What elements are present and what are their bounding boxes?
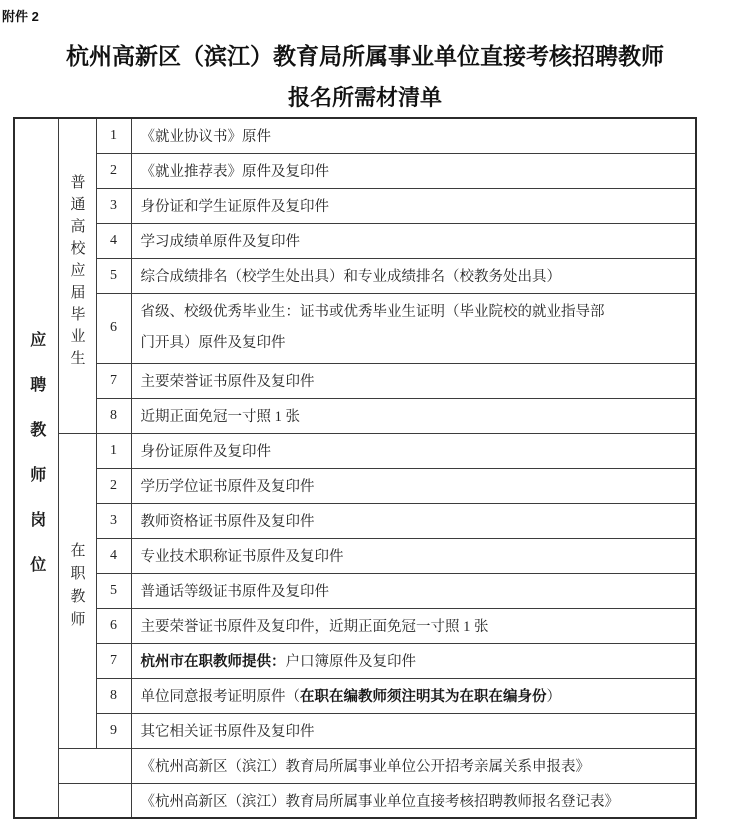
table-row: 《杭州高新区（滨江）教育局所属事业单位公开招考亲属关系申报表》 <box>14 748 696 783</box>
table-row: 5 普通话等级证书原件及复印件 <box>14 573 696 608</box>
empty-cell <box>58 748 131 783</box>
item-text: 教师资格证书原件及复印件 <box>131 503 696 538</box>
row-header-applicant-post: 应聘教师岗位 <box>14 118 58 818</box>
item-text: 近期正面免冠一寸照 1 张 <box>131 398 696 433</box>
item-text: 学习成绩单原件及复印件 <box>131 223 696 258</box>
item-number: 9 <box>96 713 131 748</box>
table-row: 8 近期正面免冠一寸照 1 张 <box>14 398 696 433</box>
footer-form-registration: 《杭州高新区（滨江）教育局所属事业单位直接考核招聘教师报名登记表》 <box>131 783 696 818</box>
table-row: 应聘教师岗位 普通高校应届毕业生 1 《就业协议书》原件 <box>14 118 696 153</box>
item-text-bold: 杭州市在职教师提供： <box>141 654 286 670</box>
page-title: 杭州高新区（滨江）教育局所属事业单位直接考核招聘教师 <box>0 38 730 71</box>
document-page: { "page": { "attachment_label": "附件 2", … <box>0 0 730 840</box>
item-number: 4 <box>96 223 131 258</box>
table-row: 在职教师 1 身份证原件及复印件 <box>14 433 696 468</box>
item-text-bold: 在职在编教师须注明其为在职在编身份 <box>300 689 547 705</box>
item-text: 专业技术职称证书原件及复印件 <box>131 538 696 573</box>
table-row: 4 学习成绩单原件及复印件 <box>14 223 696 258</box>
item-text: 身份证和学生证原件及复印件 <box>131 188 696 223</box>
table-row: 5 综合成绩排名（校学生处出具）和专业成绩排名（校教务处出具） <box>14 258 696 293</box>
category-label: 普通高校应届毕业生 <box>67 174 88 372</box>
item-text-regular: 单位同意报考证明原件（ <box>141 689 301 705</box>
item-number: 1 <box>96 118 131 153</box>
item-text: 杭州市在职教师提供：户口簿原件及复印件 <box>131 643 696 678</box>
item-number: 8 <box>96 398 131 433</box>
attachment-label: 附件 2 <box>2 6 39 25</box>
item-number: 2 <box>96 153 131 188</box>
table-row: 3 身份证和学生证原件及复印件 <box>14 188 696 223</box>
category-inservice-teachers: 在职教师 <box>58 433 96 748</box>
item-number: 1 <box>96 433 131 468</box>
item-number: 5 <box>96 573 131 608</box>
materials-table: 应聘教师岗位 普通高校应届毕业生 1 《就业协议书》原件 2 《就业推荐表》原件… <box>13 117 697 819</box>
item-text: 身份证原件及复印件 <box>131 433 696 468</box>
item-text: 主要荣誉证书原件及复印件，近期正面免冠一寸照 1 张 <box>131 608 696 643</box>
table-row: 9 其它相关证书原件及复印件 <box>14 713 696 748</box>
item-text: 学历学位证书原件及复印件 <box>131 468 696 503</box>
table-row: 2 学历学位证书原件及复印件 <box>14 468 696 503</box>
item-text: 省级、校级优秀毕业生：证书或优秀毕业生证明（毕业院校的就业指导部 门开具）原件及… <box>131 293 696 363</box>
empty-cell <box>58 783 131 818</box>
item-number: 3 <box>96 188 131 223</box>
item-text: 《就业推荐表》原件及复印件 <box>131 153 696 188</box>
footer-form-kinship: 《杭州高新区（滨江）教育局所属事业单位公开招考亲属关系申报表》 <box>131 748 696 783</box>
item-number: 4 <box>96 538 131 573</box>
table-row: 6 主要荣誉证书原件及复印件，近期正面免冠一寸照 1 张 <box>14 608 696 643</box>
table-row: 8 单位同意报考证明原件（在职在编教师须注明其为在职在编身份） <box>14 678 696 713</box>
table-row: 3 教师资格证书原件及复印件 <box>14 503 696 538</box>
item-text: 普通话等级证书原件及复印件 <box>131 573 696 608</box>
item-number: 7 <box>96 363 131 398</box>
item-text-regular: ） <box>547 689 562 705</box>
table-row: 2 《就业推荐表》原件及复印件 <box>14 153 696 188</box>
table-row: 4 专业技术职称证书原件及复印件 <box>14 538 696 573</box>
item-text: 《就业协议书》原件 <box>131 118 696 153</box>
item-text: 综合成绩排名（校学生处出具）和专业成绩排名（校教务处出具） <box>131 258 696 293</box>
category-fresh-graduates: 普通高校应届毕业生 <box>58 118 96 433</box>
table-row: 《杭州高新区（滨江）教育局所属事业单位直接考核招聘教师报名登记表》 <box>14 783 696 818</box>
item-number: 6 <box>96 608 131 643</box>
item-text: 单位同意报考证明原件（在职在编教师须注明其为在职在编身份） <box>131 678 696 713</box>
item-text: 其它相关证书原件及复印件 <box>131 713 696 748</box>
category-label: 在职教师 <box>67 542 88 634</box>
item-number: 2 <box>96 468 131 503</box>
row-header-label: 应聘教师岗位 <box>25 331 48 601</box>
table-row: 6 省级、校级优秀毕业生：证书或优秀毕业生证明（毕业院校的就业指导部 门开具）原… <box>14 293 696 363</box>
item-text-regular: 户口簿原件及复印件 <box>286 654 417 670</box>
table-row: 7 杭州市在职教师提供：户口簿原件及复印件 <box>14 643 696 678</box>
item-number: 5 <box>96 258 131 293</box>
table-row: 7 主要荣誉证书原件及复印件 <box>14 363 696 398</box>
item-number: 3 <box>96 503 131 538</box>
item-number: 8 <box>96 678 131 713</box>
item-number: 6 <box>96 293 131 363</box>
item-text: 主要荣誉证书原件及复印件 <box>131 363 696 398</box>
item-number: 7 <box>96 643 131 678</box>
page-subtitle: 报名所需材清单 <box>0 81 730 112</box>
